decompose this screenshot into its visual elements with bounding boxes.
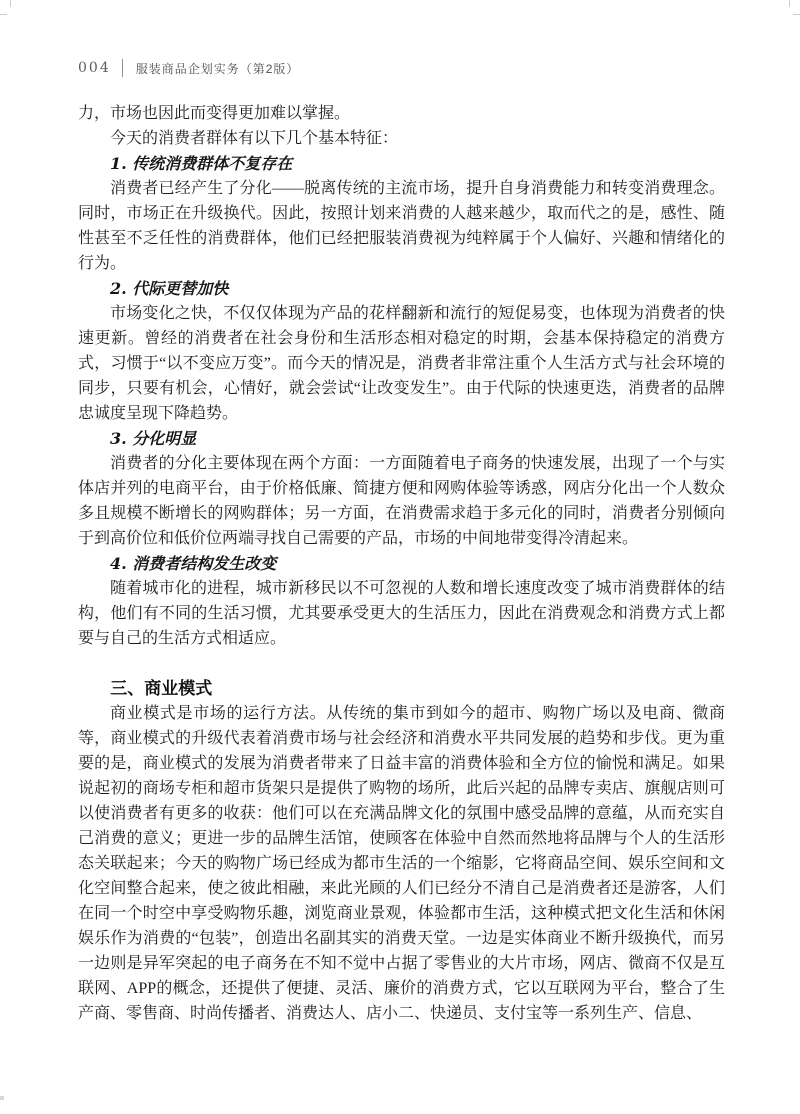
- feature-heading-2: 2. 代际更替加快: [78, 276, 725, 301]
- page-body: 力，市场也因此而变得更加难以掌握。 今天的消费者群体有以下几个基本特征： 1. …: [78, 101, 725, 1026]
- feature-body-4: 随着城市化的进程，城市新移民以不可忽视的人数和增长速度改变了城市消费群体的结构，…: [78, 576, 725, 651]
- feature-body-1: 消费者已经产生了分化——脱离传统的主流市场，提升自身消费能力和转变消费理念。同时…: [78, 176, 725, 276]
- crop-mark-top-left-horizontal: [0, 14, 7, 15]
- crop-mark-top-left-vertical: [10, 0, 11, 7]
- page-number: 004: [78, 60, 111, 76]
- feature-heading-4: 4. 消费者结构发生改变: [78, 551, 725, 576]
- feature-body-2: 市场变化之快，不仅仅体现为产品的花样翻新和流行的短促易变，也体现为消费者的快速更…: [78, 301, 725, 426]
- feature-heading-3: 3. 分化明显: [78, 426, 725, 451]
- crop-mark-top-right-horizontal: [793, 14, 800, 15]
- header-divider: [122, 59, 123, 77]
- section-body-business-model: 商业模式是市场的运行方法。从传统的集市到如今的超市、购物广场以及电商、微商等，商…: [78, 701, 725, 1026]
- feature-heading-1: 1. 传统消费群体不复存在: [78, 151, 725, 176]
- running-header: 004 服装商品企划实务（第2版）: [78, 56, 299, 80]
- book-title: 服装商品企划实务（第2版）: [136, 60, 300, 77]
- section-heading-business-model: 三、商业模式: [78, 676, 725, 701]
- feature-body-3: 消费者的分化主要体现在两个方面：一方面随着电子商务的快速发展，出现了一个与实体店…: [78, 451, 725, 551]
- paragraph-intro: 今天的消费者群体有以下几个基本特征：: [78, 126, 725, 151]
- book-page: 004 服装商品企划实务（第2版） 力，市场也因此而变得更加难以掌握。 今天的消…: [0, 0, 800, 1114]
- crop-mark-top-right-vertical: [789, 0, 790, 7]
- paragraph-continuation: 力，市场也因此而变得更加难以掌握。: [78, 101, 725, 126]
- scan-speck-bottom-left: [0, 1096, 4, 1100]
